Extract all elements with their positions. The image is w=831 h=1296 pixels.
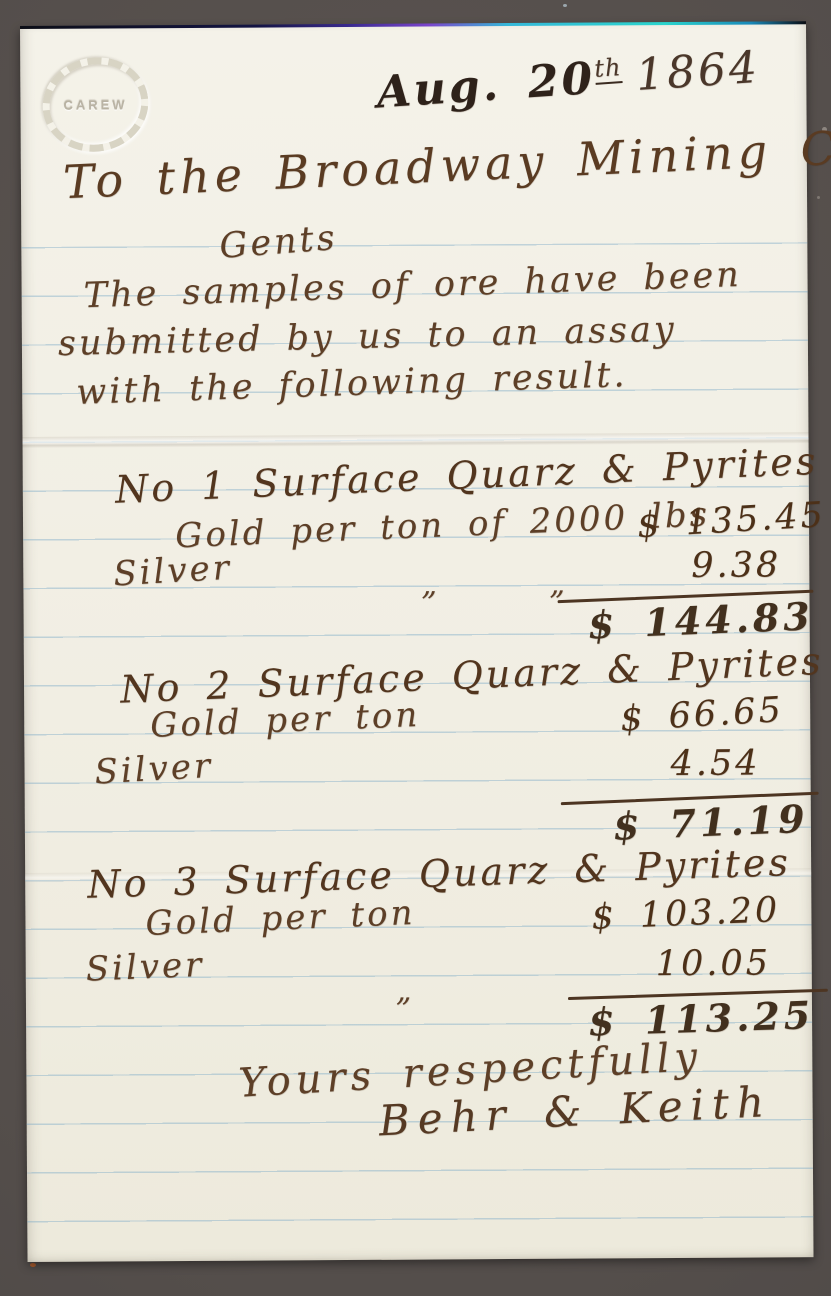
body-line: The samples of ore have been (83, 255, 742, 316)
dust-speck (817, 196, 820, 199)
date-day-month: Aug. 20 (375, 53, 597, 119)
silver-row-label: Silver (112, 548, 233, 595)
photo-mat: CAREW Aug. 20th1864 To the Broadway Mini… (0, 0, 831, 1296)
body-line: with the following result. (76, 355, 628, 413)
silver-row-label: Silver (93, 746, 214, 793)
silver-row-amount: 9.38 (691, 545, 781, 586)
section-total: $ 144.83 (587, 593, 815, 647)
silver-row-amount: 10.05 (656, 943, 771, 984)
recipient-line: To the Broadway Mining Co (62, 119, 831, 209)
date-ordinal: th (593, 53, 622, 85)
gold-row-amount: $ 103.20 (591, 890, 781, 938)
silver-row-amount: 4.54 (670, 743, 760, 784)
ditto-mark: „ (396, 974, 415, 1009)
date-year: 1864 (634, 42, 761, 101)
scan-edge-artifact (20, 21, 806, 29)
ditto-mark: „ (549, 567, 568, 602)
letter-page: CAREW Aug. 20th1864 To the Broadway Mini… (20, 23, 814, 1262)
dust-speck (563, 4, 567, 7)
seal-text: CAREW (42, 57, 149, 152)
salutation: Gents (218, 218, 339, 267)
date-line: Aug. 20th1864 (375, 42, 761, 119)
gold-row-amount: $ 66.65 (619, 690, 785, 739)
silver-row-label: Silver (85, 945, 205, 990)
ditto-mark: „ (421, 567, 440, 602)
embossed-seal: CAREW (42, 57, 149, 152)
dust-speck (30, 1263, 36, 1267)
section-total: $ 113.25 (587, 992, 814, 1044)
